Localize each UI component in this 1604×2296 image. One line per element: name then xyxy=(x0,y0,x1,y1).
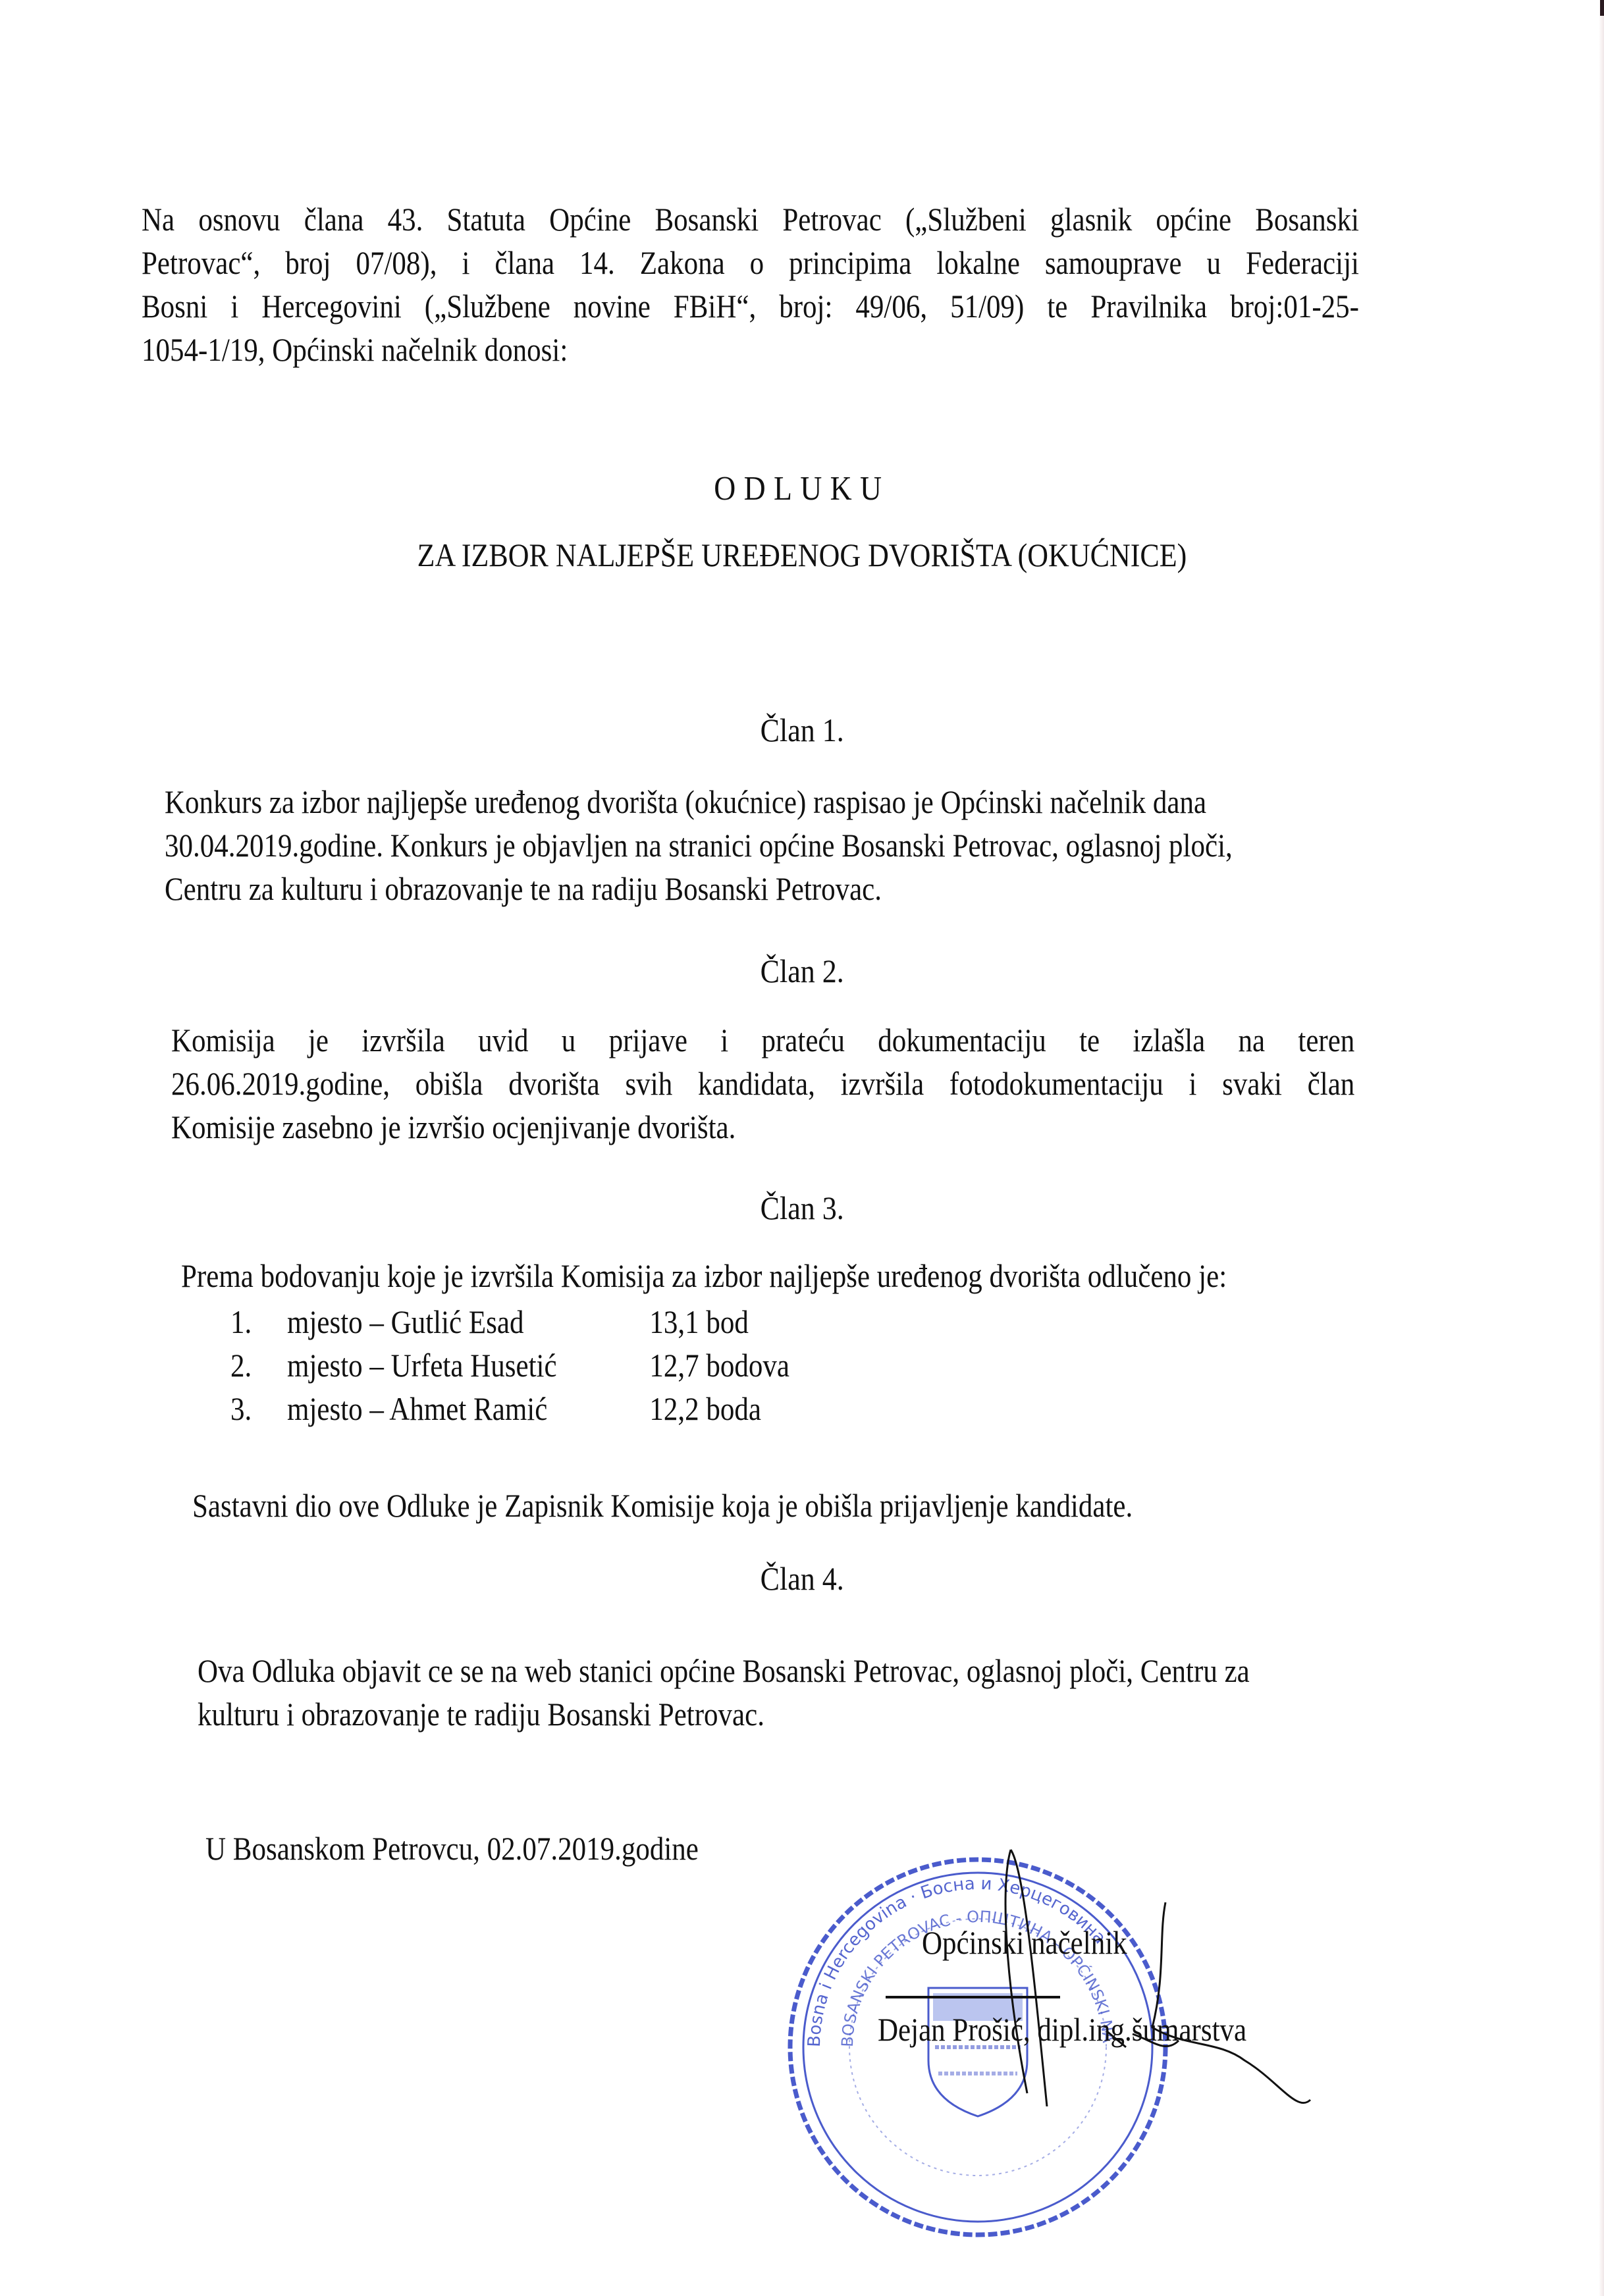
article-line: Ova Odluka objavit ce se na web stanici … xyxy=(198,1649,1250,1692)
word: dokumentaciju xyxy=(878,1018,1046,1062)
article-line: 30.04.2019.godine. Konkurs je objavljen … xyxy=(165,823,1343,867)
word: 07/08), xyxy=(356,241,437,284)
word: Hercegovini xyxy=(261,284,402,328)
word: član xyxy=(1308,1062,1355,1105)
signature-icon xyxy=(876,1843,1468,2106)
article-2-heading: Član 2. xyxy=(0,949,1604,993)
word: izvršila xyxy=(841,1062,924,1105)
word: fotodokumentaciju xyxy=(949,1062,1163,1105)
rank-name: mjesto – Ahmet Ramić xyxy=(287,1387,649,1430)
article-4-heading-text: Član 4. xyxy=(760,1557,843,1600)
article-line: Centru za kulturu i obrazovanje te na ra… xyxy=(165,867,1343,910)
article-line: kulturu i obrazovanje te radiju Bosanski… xyxy=(198,1692,1250,1736)
ranking-row: 1. mjesto – Gutlić Esad 13,1 bod xyxy=(230,1300,789,1344)
word: člana xyxy=(495,241,554,284)
article-line: Komisijajeizvršilauviduprijaveipratećudo… xyxy=(171,1018,1354,1062)
intro-line: 1054-1/19, Općinski načelnik donosi: xyxy=(142,328,1359,371)
word: 26.06.2019.godine, xyxy=(171,1062,390,1105)
word: broj:01-25- xyxy=(1230,284,1359,328)
article-line: Komisije zasebno je izvršio ocjenjivanje… xyxy=(171,1105,1354,1149)
word: na xyxy=(1239,1018,1266,1062)
word: FBiH“, xyxy=(674,284,756,328)
word: („Službeni xyxy=(905,197,1027,241)
word: kandidata, xyxy=(698,1062,815,1105)
word: broj: xyxy=(779,284,832,328)
document-title-text: ODLUKU xyxy=(714,467,890,511)
word: svaki xyxy=(1222,1062,1282,1105)
article-4-body: Ova Odluka objavit ce se na web stanici … xyxy=(198,1649,1250,1736)
word: u xyxy=(1207,241,1221,284)
ranking-row: 2. mjesto – Urfeta Husetić 12,7 bodova xyxy=(230,1344,789,1387)
rank-number: 2. xyxy=(230,1344,287,1387)
word: Na xyxy=(142,197,174,241)
word: („Službene xyxy=(425,284,550,328)
word: Statuta xyxy=(447,197,525,241)
word: 14. xyxy=(579,241,615,284)
word: Bosni xyxy=(142,284,207,328)
signature-line xyxy=(886,1996,1060,1998)
word: Petrovac xyxy=(782,197,881,241)
word: osnovu xyxy=(198,197,280,241)
signatory-title: Općinski načelnik xyxy=(922,1921,1127,1964)
word: Bosanski xyxy=(655,197,759,241)
word: samouprave xyxy=(1045,241,1182,284)
word: te xyxy=(1047,284,1067,328)
word: prijave xyxy=(609,1018,687,1062)
intro-paragraph: Naosnovučlana43.StatutaOpćineBosanskiPet… xyxy=(142,197,1359,371)
word: općine xyxy=(1156,197,1231,241)
word: izlašla xyxy=(1133,1018,1205,1062)
ranking-list: 1. mjesto – Gutlić Esad 13,1 bod 2. mjes… xyxy=(230,1300,789,1430)
word: Federaciji xyxy=(1246,241,1359,284)
intro-line: Naosnovučlana43.StatutaOpćineBosanskiPet… xyxy=(142,197,1359,241)
page-edge-mark xyxy=(1600,0,1604,16)
word: principima xyxy=(789,241,911,284)
word: u xyxy=(562,1018,576,1062)
ranking-row: 3. mjesto – Ahmet Ramić 12,2 boda xyxy=(230,1387,789,1430)
word: dvorišta xyxy=(508,1062,600,1105)
article-line: 26.06.2019.godine,obišladvorištasvihkand… xyxy=(171,1062,1354,1105)
word: obišla xyxy=(415,1062,483,1105)
article-2-body: Komisijajeizvršilauviduprijaveipratećudo… xyxy=(171,1018,1354,1149)
document-subtitle-text: ZA IZBOR NALJEPŠE UREĐENOG DVORIŠTA (OKU… xyxy=(417,533,1187,577)
word: člana xyxy=(304,197,364,241)
article-3-heading: Član 3. xyxy=(0,1186,1604,1230)
word: uvid xyxy=(478,1018,528,1062)
rank-number: 3. xyxy=(230,1387,287,1430)
document-title: ODLUKU xyxy=(0,467,1604,511)
word: Komisija xyxy=(171,1018,275,1062)
word: prateću xyxy=(761,1018,845,1062)
word: lokalne xyxy=(936,241,1020,284)
word: i xyxy=(720,1018,728,1062)
word: i xyxy=(230,284,238,328)
word: izvršila xyxy=(361,1018,445,1062)
word: Pravilnika xyxy=(1090,284,1207,328)
intro-line: BosniiHercegovini(„SlužbenenovineFBiH“,b… xyxy=(142,284,1359,328)
word: 51/09) xyxy=(950,284,1024,328)
word: svih xyxy=(626,1062,673,1105)
intro-line: Petrovac“,broj07/08),ičlana14.Zakonaopri… xyxy=(142,241,1359,284)
word: 49/06, xyxy=(855,284,927,328)
word: 43. xyxy=(388,197,423,241)
rank-number: 1. xyxy=(230,1300,287,1344)
word: novine xyxy=(574,284,651,328)
article-1-heading-text: Član 1. xyxy=(760,708,843,752)
article-4-heading: Član 4. xyxy=(0,1557,1604,1600)
document-subtitle: ZA IZBOR NALJEPŠE UREĐENOG DVORIŠTA (OKU… xyxy=(0,533,1604,577)
word: o xyxy=(750,241,764,284)
word: i xyxy=(1189,1062,1196,1105)
rank-name: mjesto – Gutlić Esad xyxy=(287,1300,649,1344)
rank-score: 12,2 boda xyxy=(649,1387,761,1430)
article-3-intro: Prema bodovanju koje je izvršila Komisij… xyxy=(181,1254,1227,1297)
article-1-heading: Član 1. xyxy=(0,708,1604,752)
word: teren xyxy=(1298,1018,1354,1062)
word: Bosanski xyxy=(1255,197,1359,241)
word: broj xyxy=(285,241,331,284)
word: te xyxy=(1079,1018,1100,1062)
word: glasnik xyxy=(1050,197,1132,241)
word: Općine xyxy=(549,197,631,241)
word: Petrovac“, xyxy=(142,241,260,284)
article-2-heading-text: Član 2. xyxy=(760,949,843,993)
article-1-body: Konkurs za izbor najljepše uređenog dvor… xyxy=(165,780,1343,910)
article-line: Konkurs za izbor najljepše uređenog dvor… xyxy=(165,780,1343,823)
signatory-name: Dejan Prošić, dipl.ing.šumarstva xyxy=(878,2008,1246,2051)
article-3-heading-text: Član 3. xyxy=(760,1186,843,1230)
word: Zakona xyxy=(640,241,725,284)
word: i xyxy=(462,241,469,284)
rank-name: mjesto – Urfeta Husetić xyxy=(287,1344,649,1387)
word: je xyxy=(308,1018,329,1062)
rank-score: 13,1 bod xyxy=(649,1300,749,1344)
place-date: U Bosanskom Petrovcu, 02.07.2019.godine xyxy=(205,1827,699,1870)
rank-score: 12,7 bodova xyxy=(649,1344,789,1387)
article-3-closing: Sastavni dio ove Odluke je Zapisnik Komi… xyxy=(192,1484,1133,1527)
page-edge xyxy=(1599,0,1604,2296)
